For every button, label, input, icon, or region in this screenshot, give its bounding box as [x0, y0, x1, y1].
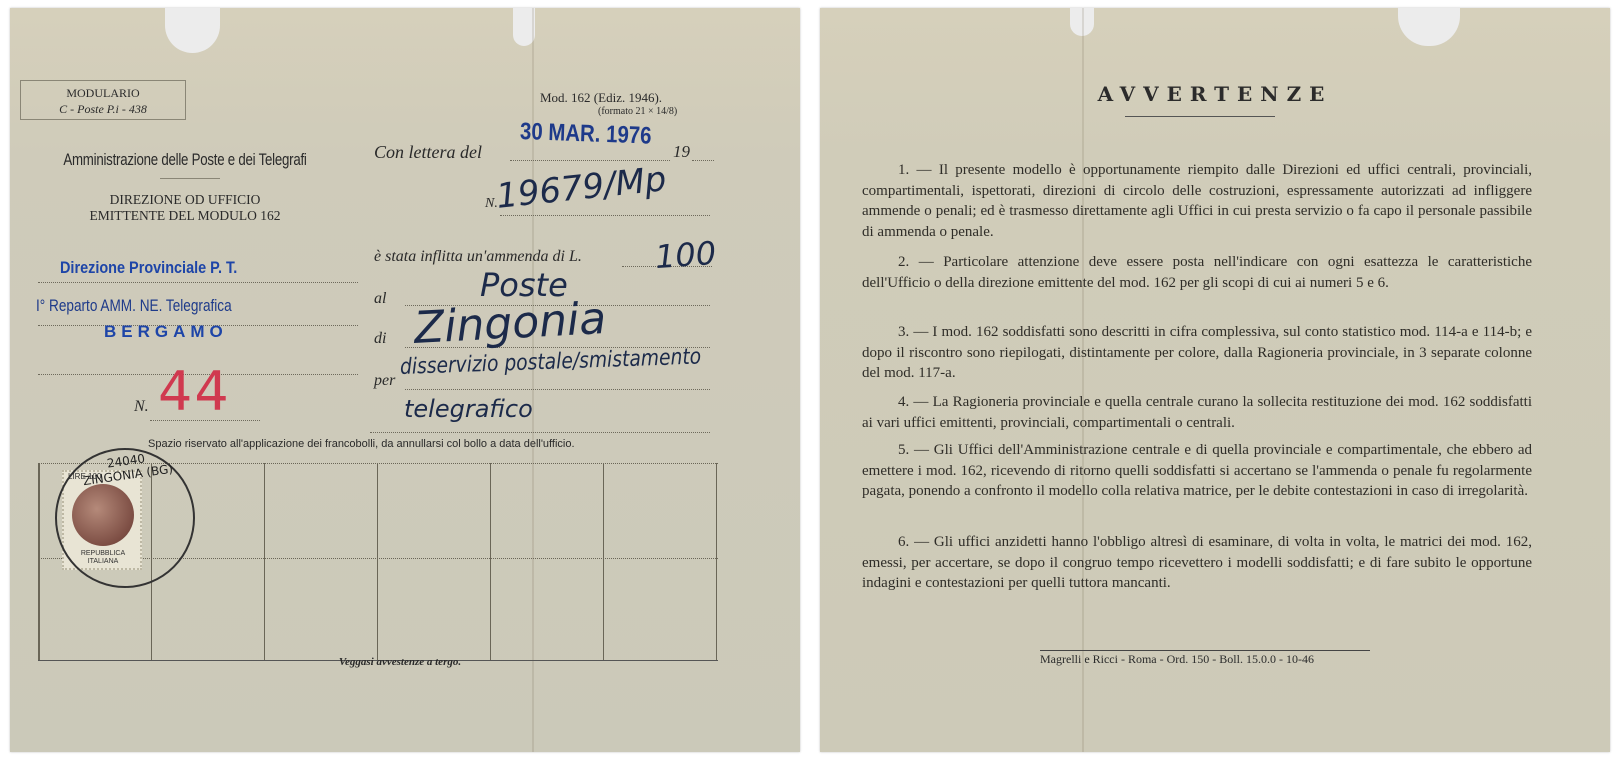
- letter-date-stamp: 30 MAR. 1976: [520, 118, 652, 151]
- warning-paragraph-2: 2. — Particolare attenzione deve essere …: [862, 252, 1532, 293]
- postmark-cancel: 24040 ZINGONIA (BG): [55, 448, 195, 588]
- torn-notch: [1398, 8, 1460, 46]
- paragraph-text: 1. — Il presente modello è opportunament…: [862, 160, 1532, 242]
- divider: [1040, 650, 1370, 651]
- to-label: al: [374, 290, 386, 308]
- warning-paragraph-3: 3. — I mod. 162 soddisfatti sono descrit…: [862, 322, 1532, 384]
- form-format: (formato 21 × 14/8): [598, 106, 677, 117]
- for-value-handwritten-line2: telegrafico: [404, 395, 533, 423]
- warning-paragraph-4: 4. — La Ragioneria provinciale e quella …: [862, 392, 1532, 433]
- dotted-line: [692, 160, 714, 161]
- of-value-handwritten: Zingonia: [413, 293, 608, 354]
- paragraph-text: 5. — Gli Uffici dell'Amministrazione cen…: [862, 440, 1532, 502]
- issuer-label-line2: EMITTENTE DEL MODULO 162: [20, 208, 350, 224]
- stamp-area-note: Spazio riservato all'applicazione dei fr…: [148, 438, 575, 450]
- grid-line: [377, 463, 378, 660]
- number-label: N.: [134, 398, 149, 416]
- grid-line: [264, 463, 265, 660]
- for-label: per: [374, 372, 395, 390]
- grid-line: [490, 463, 491, 660]
- issuer-label: DIREZIONE OD UFFICIO EMITTENTE DEL MODUL…: [20, 192, 350, 224]
- dotted-line: [370, 432, 710, 433]
- grid-line: [38, 463, 40, 660]
- warning-paragraph-5: 5. — Gli Uffici dell'Amministrazione cen…: [862, 440, 1532, 502]
- modulario-code: C - Poste P.i - 438: [21, 101, 185, 117]
- form-code: Mod. 162 (Ediz. 1946).: [540, 90, 662, 106]
- grid-line: [603, 463, 604, 660]
- paragraph-text: 3. — I mod. 162 soddisfatti sono descrit…: [862, 322, 1532, 384]
- issuer-stamp-line3: BERGAMO: [104, 322, 228, 342]
- paragraph-text: 4. — La Ragioneria provinciale e quella …: [862, 392, 1532, 433]
- divider: [1125, 116, 1275, 117]
- grid-line: [716, 463, 717, 660]
- issuer-label-line1: DIREZIONE OD UFFICIO: [20, 192, 350, 208]
- number-value: 44: [158, 360, 231, 423]
- dotted-line: [500, 215, 710, 216]
- modulario-label: MODULARIO: [21, 85, 185, 101]
- fine-label: è stata inflitta un'ammenda di L.: [374, 248, 582, 266]
- issuer-stamp-line1: Direzione Provinciale P. T.: [60, 258, 237, 278]
- divider: [160, 178, 220, 179]
- warnings-title: AVVERTENZE: [820, 82, 1610, 106]
- torn-notch: [165, 8, 220, 53]
- printer-line: Magrelli e Ricci - Roma - Ord. 150 - Bol…: [1040, 652, 1420, 667]
- dotted-line: [405, 389, 710, 390]
- modulario-box: MODULARIO C - Poste P.i - 438: [20, 80, 186, 120]
- year-prefix: 19: [673, 142, 690, 162]
- letter-label: Con lettera del: [374, 142, 482, 163]
- dotted-line: [38, 282, 358, 283]
- admin-title: Amministrazione delle Poste e dei Telegr…: [56, 150, 313, 170]
- fine-value-handwritten: 100: [654, 234, 718, 276]
- of-label: di: [374, 330, 386, 348]
- footer-note: Veggasi avvestenze a tergo.: [300, 656, 500, 668]
- paragraph-text: 2. — Particolare attenzione deve essere …: [862, 252, 1532, 293]
- issuer-stamp-line2: I° Reparto AMM. NE. Telegrafica: [36, 296, 232, 316]
- warning-paragraph-6: 6. — Gli uffici anzidetti hanno l'obblig…: [862, 532, 1532, 594]
- warning-paragraph-1: 1. — Il presente modello è opportunament…: [862, 160, 1532, 242]
- paragraph-text: 6. — Gli uffici anzidetti hanno l'obblig…: [862, 532, 1532, 594]
